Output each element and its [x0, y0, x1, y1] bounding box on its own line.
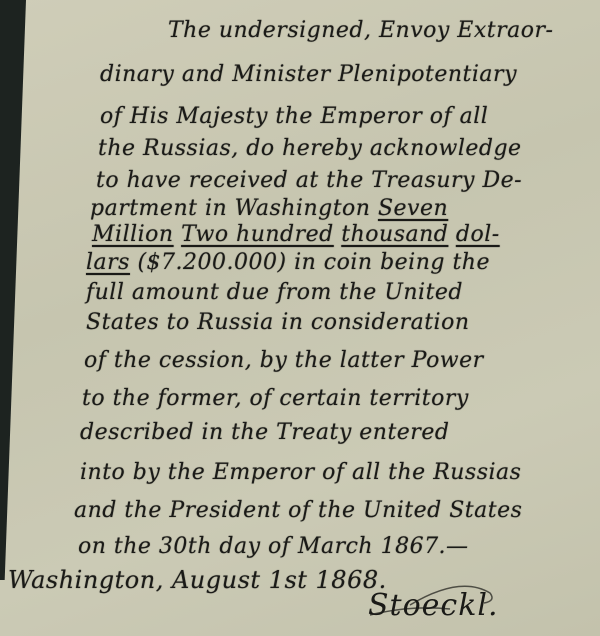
date-line: Washington, August 1st 1868. — [8, 566, 387, 594]
amount-word-two-hundred: Two hundred — [181, 222, 334, 247]
amount-word-thousand: thousand — [341, 222, 448, 247]
text-line-14: into by the Emperor of all the Russias — [80, 460, 521, 485]
text-line-5: to have received at the Treasury De- — [96, 168, 522, 193]
text-line-10: States to Russia in consideration — [86, 310, 470, 335]
amount-word-seven: Seven — [378, 196, 448, 221]
text-line-1: The undersigned, Envoy Extraor- — [168, 18, 553, 43]
document-paper: The undersigned, Envoy Extraor- dinary a… — [0, 0, 600, 636]
text-line-2: dinary and Minister Plenipotentiary — [100, 62, 517, 87]
text-line-9: full amount due from the United — [86, 280, 463, 305]
amount-word-lars: lars — [86, 250, 130, 275]
amount-word-dol: dol- — [456, 222, 500, 247]
text-line-12: to the former, of certain territory — [82, 386, 469, 411]
text-line-3: of His Majesty the Emperor of all — [100, 104, 488, 129]
text-line-16: on the 30th day of March 1867.— — [78, 534, 469, 559]
text-line-4: the Russias, do hereby acknowledge — [98, 136, 522, 161]
text-line-15: and the President of the United States — [74, 498, 522, 523]
amount-word-million: Million — [92, 222, 174, 247]
text-line-8: lars ($7.200.000) in coin being the — [86, 250, 490, 275]
amount-after: in coin being the — [294, 250, 490, 275]
signature: Stoeckl. — [368, 588, 499, 623]
amount-figure: ($7.200.000) — [137, 250, 286, 275]
frame-edge — [0, 0, 26, 580]
text-line-11: of the cession, by the latter Power — [84, 348, 484, 373]
text-line-7: Million Two hundred thousand dol- — [92, 222, 500, 247]
text-line-6: partment in Washington Seven — [90, 196, 448, 221]
text-line-13: described in the Treaty entered — [80, 420, 449, 445]
washington-phrase: partment in Washington — [90, 196, 370, 221]
